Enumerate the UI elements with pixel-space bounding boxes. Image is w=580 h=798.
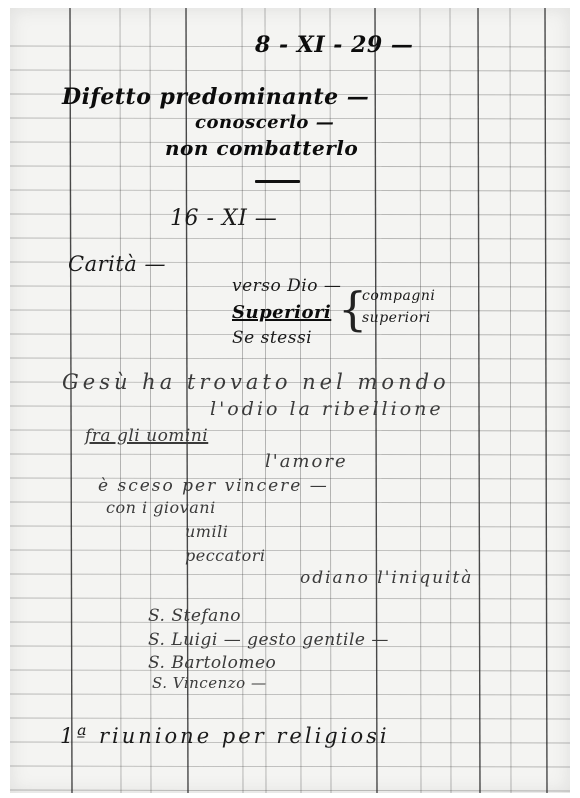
title-line-2: conoscerlo — <box>195 112 334 133</box>
text-line: odiano l'iniquità <box>300 568 473 588</box>
saint-item: S. Luigi — gesto gentile — <box>148 630 389 650</box>
text-line: Gesù ha trovato nel mondo <box>62 370 450 394</box>
title-line-1: Difetto predominante — <box>62 84 369 110</box>
brace-note: compagni <box>362 288 435 304</box>
final-line: 1ª riunione per religiosi <box>60 724 390 748</box>
list-item: Se stessi <box>232 328 312 348</box>
grid-paper-sheet: 8 - XI - 29 — Difetto predominante — con… <box>10 8 570 793</box>
date-heading-2: 16 - XI — <box>170 206 277 231</box>
topic-heading: Carità — <box>68 252 166 276</box>
text-line: è sceso per vincere — <box>98 476 329 496</box>
text-line: peccatori <box>185 546 266 565</box>
saint-item: S. Vincenzo — <box>152 674 266 692</box>
list-item: Superiori <box>232 302 331 323</box>
saint-item: S. Stefano <box>148 606 241 626</box>
date-heading-1: 8 - XI - 29 — <box>255 32 413 58</box>
text-line: l'odio la ribellione <box>210 398 444 420</box>
text-line: fra gli uomini <box>85 426 208 446</box>
list-item: verso Dio — <box>232 276 341 296</box>
text-line: con i giovani <box>106 498 216 517</box>
separator-dash <box>255 180 300 183</box>
saint-item: S. Bartolomeo <box>148 653 276 673</box>
title-line-3: non combatterlo <box>165 136 358 160</box>
brace-note: superiori <box>362 310 431 326</box>
text-line: umili <box>185 522 228 541</box>
text-line: l'amore <box>265 451 348 472</box>
